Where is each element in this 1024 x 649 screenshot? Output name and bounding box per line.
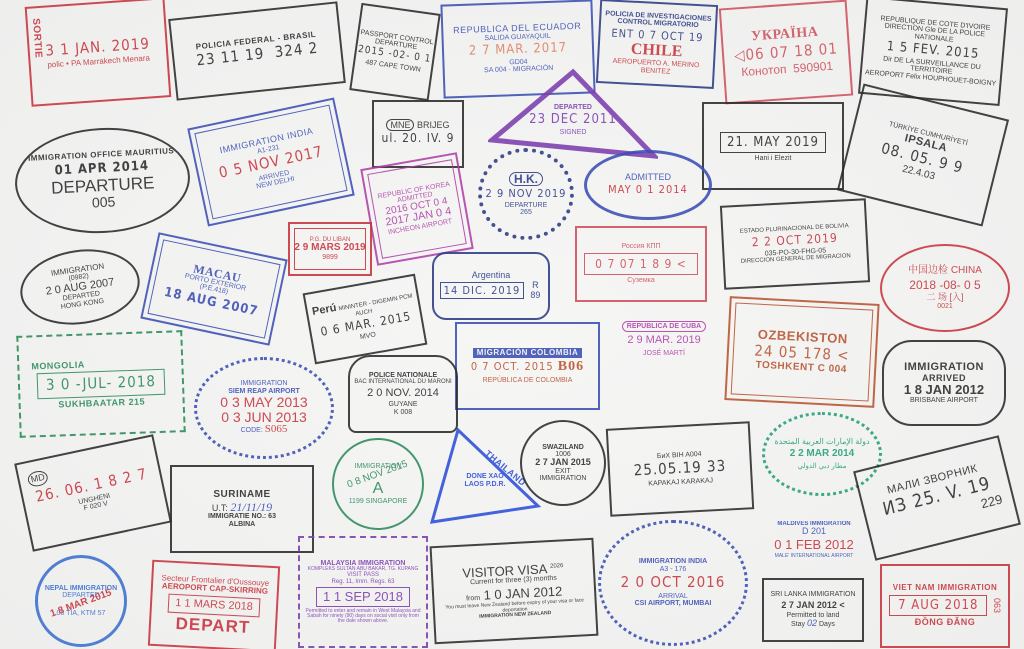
stamp-colombia: MIGRACIÓN COLOMBIA 0 7 OCT. 2015 B06 REP… bbox=[455, 322, 600, 410]
stamp-title: Россия КПП bbox=[621, 243, 660, 250]
stamp-date-value: 14 DIC. 2019 bbox=[440, 282, 525, 300]
stamp-date: ENT 0 7 OCT 19 bbox=[611, 27, 704, 43]
stamp-date: MAY 0 1 2014 bbox=[608, 184, 688, 196]
stamp-india-delhi: IMMIGRATION INDIA A1-231 0 5 NOV 2017 AR… bbox=[187, 97, 355, 226]
stamp-footer-text: CODE: bbox=[241, 427, 263, 434]
stamp-date: 1 8 JAN 2012 bbox=[904, 383, 984, 397]
stamp-footer: ĐỒNG ĐĂNG bbox=[915, 618, 976, 627]
stamp-code: D 201 bbox=[802, 527, 826, 536]
stamp-suriname: SURINAME U.T: 21/11/19 IMMIGRATIE NO.: 6… bbox=[170, 465, 314, 553]
stamp-macau: MACAU PORTO EXTERIOR (P.E.418) 18 AUG 20… bbox=[140, 232, 287, 346]
stamp-footer: TOSHKENT C 004 bbox=[755, 361, 847, 376]
stamp-french-guiana: POLICE NATIONALE BAC INTERNATIONAL DU MA… bbox=[348, 355, 458, 433]
stamp-footer: Stay 02 Days bbox=[791, 619, 835, 628]
stamp-peru: Perú MININTER - DIGEMIN PCM AUCH 0 6 MAR… bbox=[303, 274, 428, 365]
stamp-date: 3 0 -JUL- 2018 bbox=[37, 369, 166, 399]
stamp-label: U.T: bbox=[212, 503, 228, 513]
stamp-usa: ADMITTED MAY 0 1 2014 bbox=[584, 150, 712, 220]
stamp-status: ARRIVAL bbox=[658, 593, 687, 600]
stamp-title: POLICE NATIONALE bbox=[369, 372, 437, 379]
stamp-serbia: БиХ BIH A004 25.05.19 33 KAPAKAJ KARAKAJ bbox=[606, 421, 754, 516]
stamp-handwritten: 02 bbox=[807, 618, 817, 628]
stamp-malaysia: MALAYSIA IMMIGRATION KOMPLEKS SULTAN ABU… bbox=[298, 536, 428, 648]
stamp-subtitle: BRIJEG bbox=[417, 120, 450, 130]
stamp-footer: BRISBANE AIRPORT bbox=[910, 397, 978, 404]
stamp-title: دولة الإمارات العربية المتحدة bbox=[774, 438, 869, 446]
stamp-subfooter: ALBINA bbox=[229, 521, 255, 528]
stamp-handwritten-value: 21/11/19 bbox=[230, 500, 272, 514]
stamp-footer: 1199 SINGAPORE bbox=[349, 498, 408, 505]
stamp-title: SRI LANKA IMMIGRATION bbox=[770, 591, 855, 598]
stamp-code: Reg. 11, Imm. Regs. 63 bbox=[332, 579, 395, 585]
stamp-cuba: REPUBLICA DE CUBA 2 9 MAR. 2019 JOSÉ MAR… bbox=[612, 308, 716, 370]
stamp-code: 229 bbox=[980, 493, 1004, 511]
stamp-maldives: MALDIVES IMMIGRATION D 201 0 1 FEB 2012 … bbox=[762, 508, 866, 572]
stamp-vietnam: VIET NAM IMMIGRATION 7 AUG 2018 063 ĐỒNG… bbox=[880, 564, 1010, 648]
stamp-extra: 0 3 JUN 2013 bbox=[221, 410, 307, 425]
stamp-cambodia: IMMIGRATION SIEM REAP AIRPORT 0 3 MAY 20… bbox=[194, 357, 334, 459]
stamp-title: Argentina bbox=[472, 271, 511, 280]
stamp-footer-text: Конотоп bbox=[741, 62, 787, 79]
stamp-title: IMMIGRATION bbox=[904, 362, 984, 374]
stamp-australia: IMMIGRATION ARRIVED 1 8 JAN 2012 BRISBAN… bbox=[882, 340, 1006, 426]
stamp-date: 2 0 NOV. 2014 bbox=[367, 388, 439, 400]
stamp-subfooter: Days bbox=[819, 621, 835, 628]
stamp-hong-kong-circle: H.K. 2 9 NOV 2019 DEPARTURE 265 bbox=[478, 148, 574, 240]
stamp-label: from bbox=[466, 595, 480, 603]
stamp-code: K 008 bbox=[394, 409, 412, 416]
stamp-date: 0 7 OCT. 2015 B06 bbox=[471, 360, 584, 375]
stamp-date: 2 0 OCT 2016 bbox=[621, 575, 726, 591]
triangle-border-icon bbox=[488, 68, 658, 160]
stamp-morocco: SORTIE 3 1 JAN. 2019 polic • PA Marrakec… bbox=[25, 0, 172, 107]
stamp-title: IMMIGRATION bbox=[241, 380, 288, 387]
stamp-code: 005 bbox=[92, 194, 116, 210]
stamp-code: 063 bbox=[991, 598, 1000, 613]
stamp-footer: مطار دبي الدولي bbox=[798, 463, 847, 470]
stamp-argentina: Argentina 14 DIC. 2019 R 89 bbox=[432, 252, 550, 320]
stamp-handwritten: U.T: 21/11/19 bbox=[212, 501, 272, 514]
stamp-bolivia: ESTADO PLURINACIONAL DE BOLIVIA 2 2 OCT … bbox=[720, 198, 870, 290]
stamp-title: 中国边检 CHINA bbox=[908, 266, 982, 277]
stamp-status: DEPART bbox=[175, 615, 250, 637]
stamp-date: 21. MAY 2019 bbox=[720, 132, 826, 154]
stamp-south-africa: PASSPORT CONTROL DEPARTURE 2015 -02- 0 1… bbox=[349, 3, 440, 101]
stamp-footer: Permitted to enter and remain in West Ma… bbox=[300, 609, 426, 625]
stamp-code: MVO bbox=[360, 331, 377, 341]
stamp-code: A bbox=[373, 481, 384, 498]
stamp-footer: MALE' INTERNATIONAL AIRPORT bbox=[775, 554, 854, 559]
stamp-code: R 89 bbox=[528, 281, 542, 300]
stamp-title: MNE BRIJEG bbox=[386, 121, 449, 130]
stamp-status: 二 场 [入] bbox=[926, 293, 963, 302]
stamp-title-text: MNE bbox=[386, 119, 414, 131]
stamp-title: H.K. bbox=[509, 172, 543, 187]
stamp-date: 14 DIC. 2019 R 89 bbox=[440, 280, 543, 302]
stamp-date: 2 7 JAN 2012 < bbox=[781, 601, 844, 610]
stamp-footer: DEPARTURE bbox=[505, 202, 548, 209]
stamp-date: ul. 20. IV. 9 bbox=[381, 132, 454, 145]
stamp-footer: JOSÉ MARTÍ bbox=[643, 350, 685, 357]
stamp-mauritius: IMMIGRATION OFFICE MAURITIUS 01 APR 2014… bbox=[12, 123, 192, 237]
stamp-hong-kong-oval: IMMIGRATION (0982) 2 0 AUG 2007 DEPARTED… bbox=[15, 242, 144, 332]
stamp-code: 9899 bbox=[322, 254, 338, 261]
stamp-nepal: NEPAL IMMIGRATION DEPARTED 1 8 MAR 2015 … bbox=[35, 555, 127, 647]
stamp-footer: REPÚBLICA DE COLOMBIA bbox=[483, 377, 573, 384]
stamp-russia: Россия КПП 0 7 07 1 8 9 < Суземка bbox=[575, 226, 707, 302]
stamp-moldova: MD 26. 06. 1 8 2 7 UNGHENI F 020 V bbox=[14, 434, 172, 552]
stamp-date: 0 7 07 1 8 9 < bbox=[584, 253, 698, 276]
stamp-date: 2 2 MAR 2014 bbox=[790, 449, 854, 460]
stamp-kosovo: 21. MAY 2019 Hani i Elezit bbox=[702, 102, 844, 190]
stamp-date: 2018 -08- 0 5 bbox=[909, 279, 980, 292]
stamp-subtitle: BAC INTERNATIONAL DU MARONI bbox=[354, 379, 451, 385]
stamp-china: 中国边检 CHINA 2018 -08- 0 5 二 场 [入] 0021 bbox=[880, 244, 1010, 332]
stamp-extra: 324 2 bbox=[274, 39, 319, 61]
stamp-swaziland: SWAZILAND 1006 2 7 JAN 2015 EXIT IMMIGRA… bbox=[520, 420, 606, 506]
stamp-footer-text: Stay bbox=[791, 621, 805, 628]
stamp-status: ADMITTED bbox=[625, 173, 671, 182]
stamp-footer: Hani i Elezit bbox=[755, 155, 792, 162]
stamp-title: MONGOLIA bbox=[31, 360, 85, 371]
stamp-title: REPUBLICA DE CUBA bbox=[622, 321, 706, 332]
stamp-footer: CODE: S065 bbox=[241, 424, 288, 436]
stamp-title: SORTIE bbox=[30, 18, 43, 59]
stamp-sri-lanka: SRI LANKA IMMIGRATION 2 7 JAN 2012 < Per… bbox=[762, 578, 864, 642]
stamp-uzbekistan: OZBEKISTON 24 05 178 < TOSHKENT C 004 bbox=[724, 296, 879, 408]
stamp-date: 1 1 SEP 2018 bbox=[316, 587, 410, 607]
stamp-date: 2 9 MARS 2019 bbox=[294, 243, 365, 254]
stamp-title: VIET NAM IMMIGRATION bbox=[893, 584, 998, 592]
stamp-singapore: IMMIGRATION 0 8 NOV 2015 A 1199 SINGAPOR… bbox=[332, 438, 424, 530]
stamp-title: SWAZILAND bbox=[542, 444, 584, 451]
stamp-title-text: Perú bbox=[311, 301, 337, 317]
stamp-title: IMMIGRATION INDIA bbox=[639, 558, 707, 565]
stamp-new-zealand: VISITOR VISA 2026 Current for three (3) … bbox=[430, 538, 599, 644]
stamp-immigration-triangle: DEPARTED 23 DEC 2011 SIGNED bbox=[488, 68, 658, 160]
stamp-footer: GUYANE bbox=[388, 401, 417, 408]
stamp-date-value: 0 7 OCT. 2015 bbox=[471, 360, 554, 373]
stamp-korea: REPUBLIC OF KOREA ADMITTED 2016 OCT 0 4 … bbox=[360, 152, 474, 266]
stamp-code: 590901 bbox=[793, 59, 834, 76]
stamp-footer: IMMIGRATION bbox=[540, 475, 587, 482]
stamp-lebanon: P.G. DU LIBAN 2 9 MARS 2019 9899 bbox=[288, 222, 372, 276]
stamp-mongolia: MONGOLIA 3 0 -JUL- 2018 SUKHBAATAR 215 bbox=[16, 330, 185, 438]
stamp-code: A3 - 176 bbox=[660, 566, 686, 573]
stamp-code: S065 bbox=[265, 423, 288, 435]
stamp-date: 7 AUG 2018 063 bbox=[889, 593, 1001, 619]
stamp-india-mumbai: IMMIGRATION INDIA A3 - 176 2 0 OCT 2016 … bbox=[598, 520, 748, 646]
stamp-footer: Суземка bbox=[627, 277, 655, 284]
stamp-footer: IMMIGRATIE NO.: 63 bbox=[208, 513, 276, 520]
stamp-ukraine: УКРАЇНА ◁06 07 18 01 Конотоп 590901 bbox=[719, 0, 853, 104]
stamp-code: 2026 bbox=[550, 563, 564, 570]
stamp-code: B06 bbox=[558, 359, 584, 374]
stamp-date: 0 1 FEB 2012 bbox=[774, 538, 854, 552]
stamp-date: 0 3 MAY 2013 bbox=[220, 395, 307, 410]
passport-stamps-collage: SORTIE 3 1 JAN. 2019 polic • PA Marrakec… bbox=[0, 0, 1024, 649]
stamp-footer: SUKHBAATAR 215 bbox=[58, 397, 145, 409]
stamp-date-value: 7 AUG 2018 bbox=[889, 595, 987, 617]
stamp-date: 2 9 NOV 2019 bbox=[486, 188, 567, 200]
stamp-date: 2 7 MAR. 2017 bbox=[469, 42, 568, 59]
stamp-title: MIGRACIÓN COLOMBIA bbox=[473, 348, 582, 358]
stamp-footer: KAPAKAJ KARAKAJ bbox=[648, 477, 713, 488]
stamp-status: EXIT bbox=[555, 468, 571, 475]
stamp-date: 2 9 MAR. 2019 bbox=[627, 335, 700, 347]
stamp-senegal: Secteur Frontalier d'Oussouye AEROPORT C… bbox=[148, 560, 280, 649]
stamp-code: 265 bbox=[520, 209, 532, 216]
stamp-code: 0021 bbox=[937, 303, 953, 310]
stamp-subfooter: IMMIGRATION NEW ZEALAND bbox=[479, 611, 551, 620]
stamp-footer: CSI AIRPORT, MUMBAI bbox=[635, 600, 712, 607]
stamp-date: 2 7 JAN 2015 bbox=[535, 458, 591, 467]
stamp-brazil: POLICIA FEDERAL - BRASIL 23 11 19 324 2 bbox=[168, 1, 346, 100]
